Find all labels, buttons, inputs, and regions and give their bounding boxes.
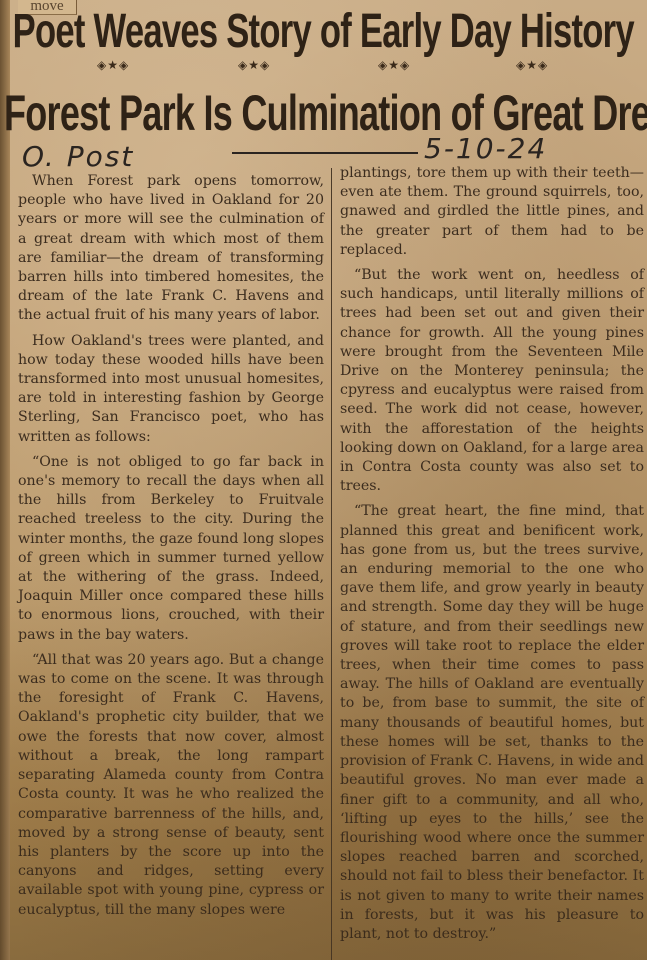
main-headline: Forest Park Is Culmination of Great Drea… [4,84,645,142]
article-paragraph: “One is not obliged to go far back in on… [18,453,324,645]
article-paragraph: “The great heart, the fine mind, that pl… [340,502,644,944]
star-ornament-icon: ◈★◈ [378,58,410,72]
article-paragraph: “All that was 20 years ago. But a change… [18,651,324,920]
subheadline: Poet Weaves Story of Early Day History [0,4,647,59]
article-paragraph: “But the work went on, heedless of such … [340,266,644,496]
article-paragraph: plantings, tore them up with their teeth… [340,164,644,260]
article-column-right: plantings, tore them up with their teeth… [340,164,644,950]
article-paragraph: How Oakland's trees were planted, and ho… [18,332,324,447]
handwritten-source: O. Post [22,140,134,173]
clipping-edge [0,0,10,960]
star-ornament-icon: ◈★◈ [97,58,129,72]
handwritten-date: 5-10-24 [424,132,547,165]
article-column-left: When Forest park opens tomorrow, people … [18,172,324,926]
star-ornament-icon: ◈★◈ [238,58,270,72]
column-divider [331,168,332,960]
ornament-row: ◈★◈ ◈★◈ ◈★◈ ◈★◈ [0,58,647,78]
star-ornament-icon: ◈★◈ [516,58,548,72]
article-paragraph: When Forest park opens tomorrow, people … [18,172,324,326]
handwritten-rule [232,152,418,154]
